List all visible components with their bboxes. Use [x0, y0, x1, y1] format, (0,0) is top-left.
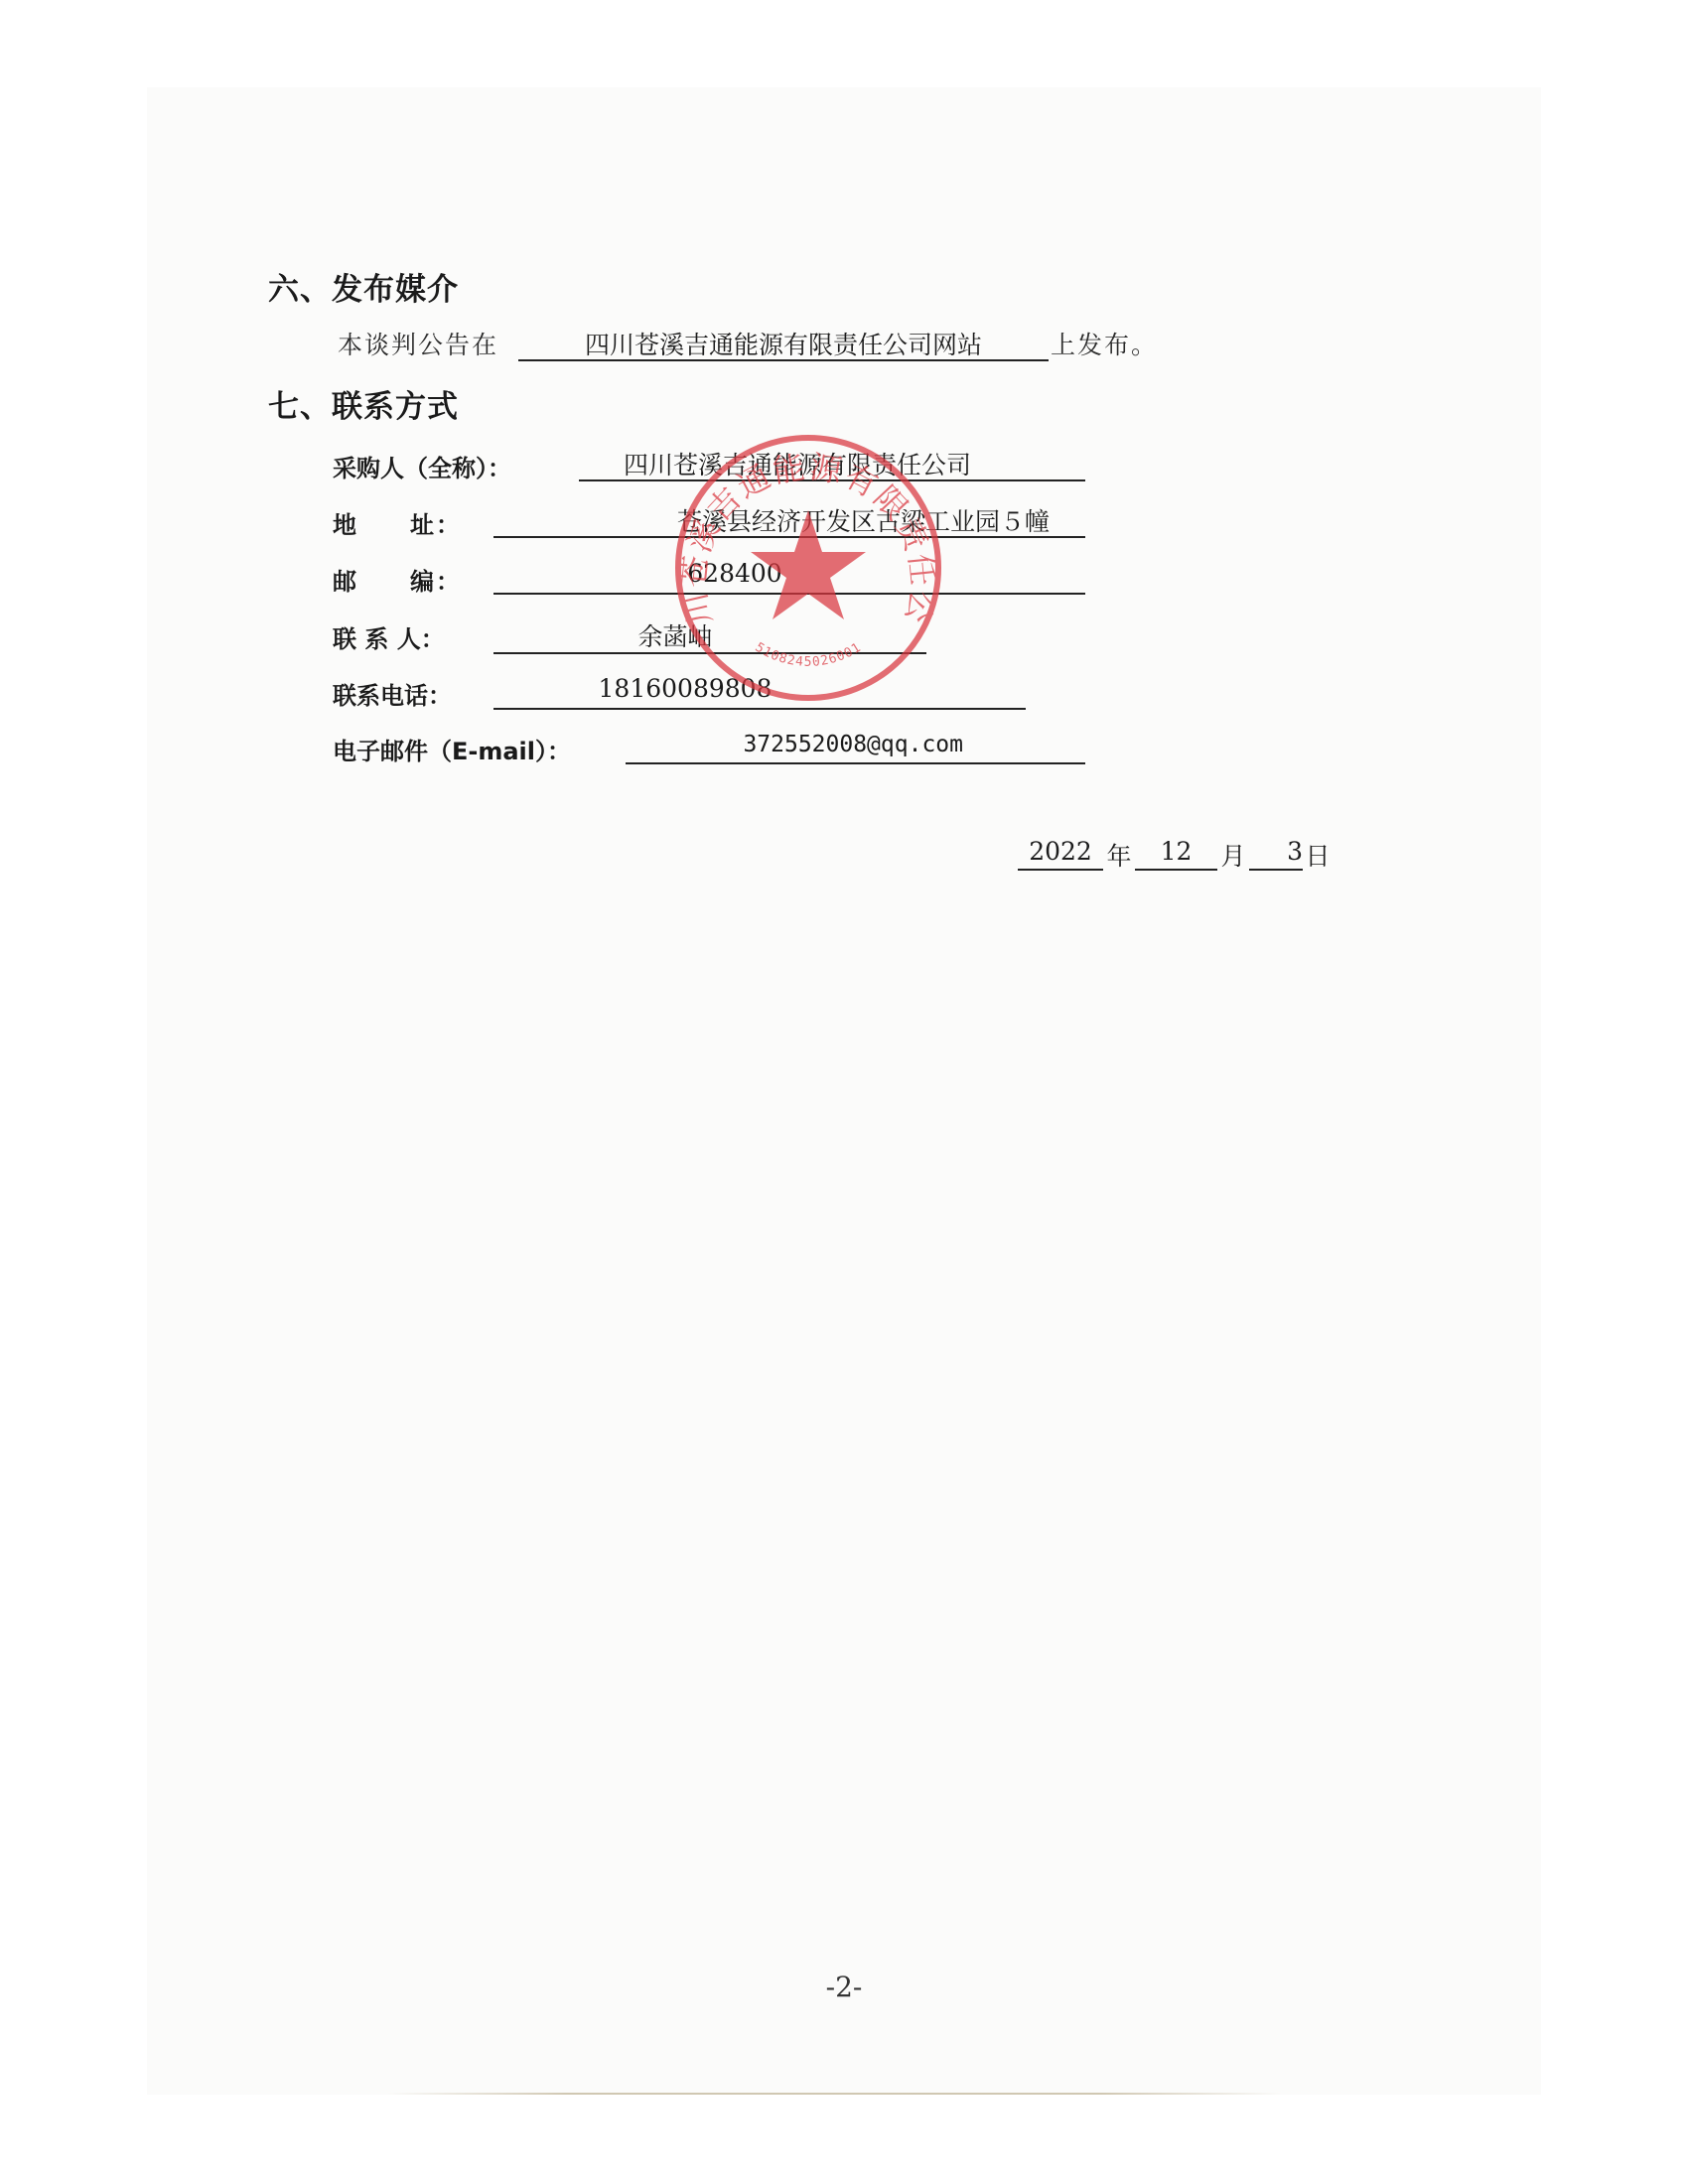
- section-heading-contact: 七、联系方式: [268, 381, 459, 426]
- publication-website: 四川苍溪吉通能源有限责任公司网站: [518, 326, 1049, 361]
- date-year-unit: 年: [1104, 837, 1134, 873]
- field-value-postcode: 628400: [685, 559, 784, 588]
- section-heading-publication-media: 六、发布媒介: [268, 264, 459, 309]
- page-number: -2-: [794, 1971, 894, 2003]
- field-underline: [626, 762, 1085, 764]
- date-month-underline: [1135, 869, 1217, 871]
- field-underline: [493, 708, 1026, 710]
- field-value-purchaser: 四川苍溪吉通能源有限责任公司: [579, 446, 1016, 481]
- field-label-postcode: 邮 编：: [333, 562, 462, 597]
- field-value-email: 372552008@qq.com: [626, 732, 963, 757]
- field-underline: [493, 593, 1085, 595]
- date-year: 2022: [1018, 837, 1103, 866]
- field-label-contact-person: 联 系 人：: [333, 619, 445, 654]
- field-label-address: 地 址：: [333, 505, 462, 540]
- date-year-underline: [1018, 869, 1103, 871]
- date-day-underline: [1249, 869, 1303, 871]
- paper-edge: [387, 2093, 1281, 2095]
- date-day-unit: 日: [1303, 837, 1333, 873]
- publication-sentence-suffix: 上发布。: [1051, 326, 1158, 361]
- date-day: 3: [1249, 837, 1303, 866]
- date-month: 12: [1135, 837, 1217, 866]
- field-label-purchaser: 采购人（全称）：: [333, 449, 511, 483]
- field-value-phone: 18160089808: [596, 674, 774, 703]
- date-month-unit: 月: [1218, 837, 1248, 873]
- field-label-phone: 联系电话：: [333, 676, 452, 711]
- field-value-contact-person: 余菡岫: [626, 617, 725, 653]
- field-value-address: 苍溪县经济开发区古梁工业园５幢: [493, 502, 1050, 538]
- publication-sentence-prefix: 本谈判公告在: [338, 326, 498, 361]
- field-label-email: 电子邮件（E-mail）：: [333, 732, 571, 766]
